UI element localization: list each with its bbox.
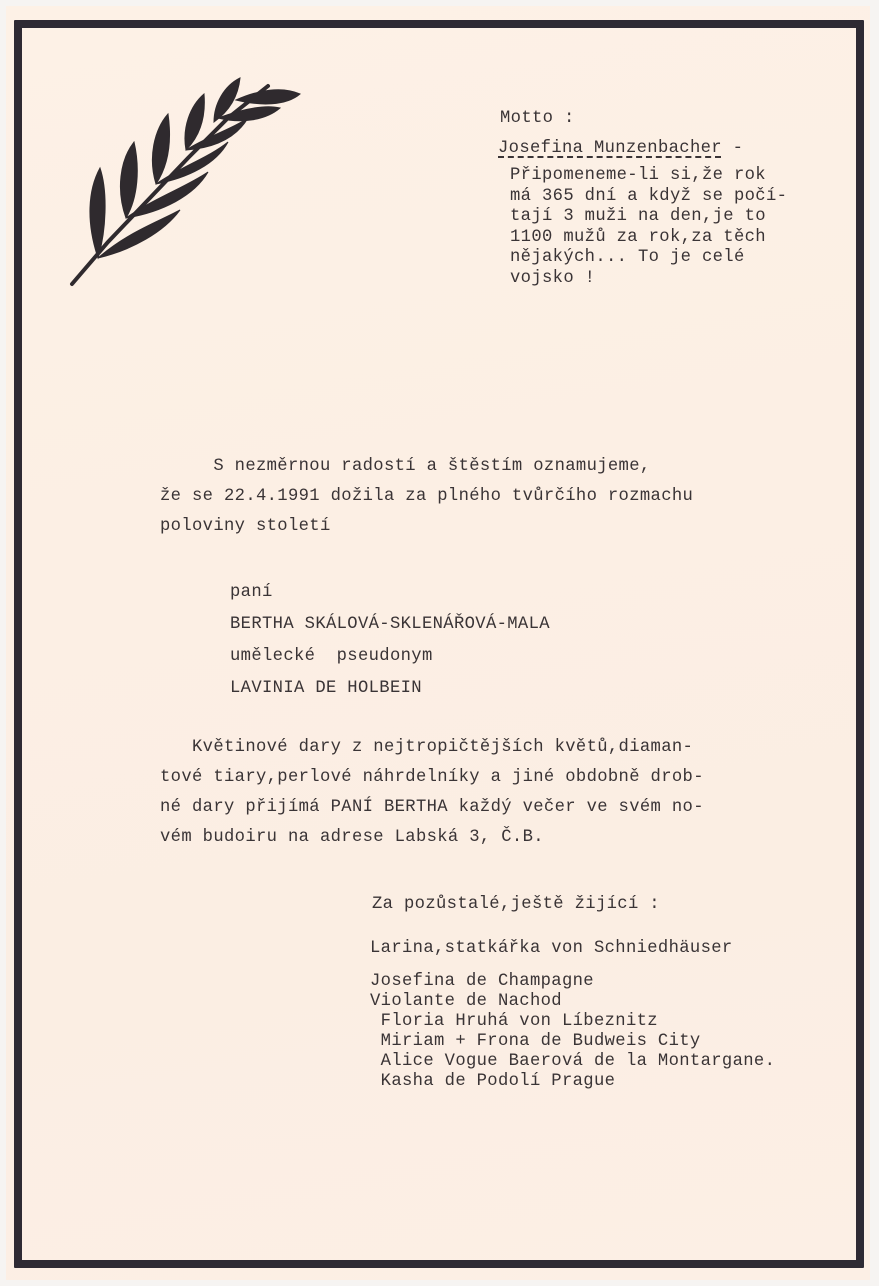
- motto-line: vojsko !: [510, 269, 787, 290]
- pseudonym-name: LAVINIA DE HOLBEIN: [230, 678, 422, 700]
- signatory-name: Kasha de Podolí Prague: [370, 1072, 615, 1092]
- gifts-line: vém budoiru na adrese Labská 3, Č.B.: [160, 823, 704, 853]
- signatory-name: Miriam + Frona de Budweis City: [370, 1032, 701, 1052]
- gifts-line: né dary přijímá PANÍ BERTHA každý večer …: [160, 793, 704, 823]
- motto-line: má 365 dní a když se počí-: [510, 187, 787, 208]
- motto-author: Josefina Munzenbacher -: [498, 138, 743, 160]
- motto-line: nějakých... To je celé: [510, 248, 787, 269]
- signatories-heading: Za pozůstalé,ještě žijící :: [372, 894, 660, 916]
- signatory-name: Alice Vogue Baerová de la Montargane.: [370, 1052, 775, 1072]
- honoree-name: BERTHA SKÁLOVÁ-SKLENÁŘOVÁ-MALA: [230, 614, 550, 636]
- honoree-title: paní: [230, 582, 273, 604]
- gifts-line: tové tiary,perlové náhrdelníky a jiné ob…: [160, 763, 704, 793]
- motto-label: Motto :: [500, 108, 575, 130]
- gifts-paragraph: Květinové dary z nejtropičtějších květů,…: [160, 733, 704, 853]
- announcement-line: S nezměrnou radostí a štěstím oznamujeme…: [160, 452, 693, 482]
- gifts-line: Květinové dary z nejtropičtějších květů,…: [160, 733, 704, 763]
- motto-author-name: Josefina Munzenbacher: [498, 139, 722, 158]
- announcement-line: poloviny století: [160, 512, 693, 542]
- signatory-name: Larina,statkářka von Schniedhäuser: [370, 939, 733, 959]
- motto-line: tají 3 muži na den,je to: [510, 207, 787, 228]
- announcement-paragraph: S nezměrnou radostí a štěstím oznamujeme…: [160, 452, 693, 542]
- motto-author-dash: -: [722, 138, 743, 160]
- motto-quote: Připomeneme-li si,že rokmá 365 dní a kdy…: [510, 166, 787, 289]
- signatory-name: Violante de Nachod: [370, 992, 562, 1012]
- signatory-name: Floria Hruhá von Líbeznitz: [370, 1012, 658, 1032]
- pseudonym-label: umělecké pseudonym: [230, 646, 433, 668]
- announcement-line: že se 22.4.1991 dožila za plného tvůrčíh…: [160, 482, 693, 512]
- motto-line: Připomeneme-li si,že rok: [510, 166, 787, 187]
- palm-branch-icon: [68, 72, 304, 294]
- signatory-name: Josefina de Champagne: [370, 972, 594, 992]
- motto-line: 1100 mužů za rok,za těch: [510, 228, 787, 249]
